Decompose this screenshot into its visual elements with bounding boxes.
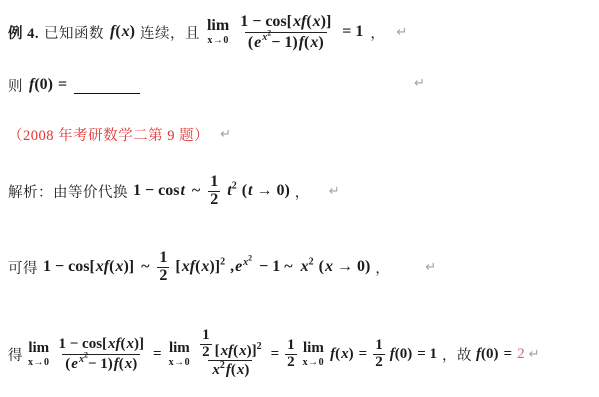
math-token: e xyxy=(234,258,242,275)
math-token: e xyxy=(70,356,78,372)
math-token: x xyxy=(312,13,321,30)
lim-subscript: x→0 xyxy=(207,36,229,46)
problem-statement: 例 4. 已知函数 f(x) 连续，且 lim x→0 1 − cos[xf(x… xyxy=(8,4,407,60)
paragraph-mark: ↵ xyxy=(529,347,540,362)
document-page: 例 4. 已知函数 f(x) 连续，且 lim x→0 1 − cos[xf(x… xyxy=(0,0,599,397)
math-run: − 1 ~ xyxy=(259,258,292,276)
paragraph-mark: ↵ xyxy=(396,25,407,40)
equals-sign: = xyxy=(153,346,162,363)
math-run-f0: f(0) xyxy=(28,76,53,94)
equals-sign: = xyxy=(359,346,368,363)
half-fraction: 1 2 xyxy=(208,174,220,209)
math-token: (0) xyxy=(34,76,53,93)
math-token: )] xyxy=(247,343,257,359)
limit: lim x→0 xyxy=(207,18,229,46)
paragraph-mark: ↵ xyxy=(414,76,425,91)
equivalence-line: 可得 1 − cos[xf(x)] ~ 1 2 [xf(x)]2 ,ex2 − … xyxy=(8,236,436,298)
numerator: 1 xyxy=(285,338,297,354)
comma: ， xyxy=(370,22,385,43)
equals-sign: = xyxy=(58,76,67,94)
cn-text: ，故 xyxy=(442,344,472,365)
math-run: 1 − cos[xf(x)] xyxy=(43,258,134,276)
denominator: 2 xyxy=(285,354,297,371)
math-token: x xyxy=(300,258,309,275)
math-token: ) xyxy=(244,362,249,378)
superscript: 2 xyxy=(309,257,314,268)
equals-one: = 1 xyxy=(417,346,437,363)
answer-line: 则 f(0) = ↵ xyxy=(8,70,140,100)
denominator: (ex2− 1)f(x) xyxy=(245,32,327,53)
limit: lim x→0 xyxy=(303,341,325,368)
math-token: 2 xyxy=(248,253,252,262)
math-run-f0: f(0) xyxy=(389,346,413,363)
cn-text: 则 xyxy=(8,75,23,96)
cn-text: 连续，且 xyxy=(140,22,200,43)
math-token: xf xyxy=(95,258,109,275)
superscript: 2 xyxy=(220,257,225,268)
numerator: 1 − cos[xf(x)] xyxy=(56,335,148,354)
denominator: 2 xyxy=(208,191,220,209)
math-token: x xyxy=(121,23,130,40)
lim-word: lim xyxy=(28,341,49,356)
source-text: （2008 年考研数学二第 9 题） xyxy=(8,124,209,145)
lim-subscript: x→0 xyxy=(303,358,325,368)
math-token: − 1) xyxy=(88,356,113,372)
numerator: 1 xyxy=(373,338,385,354)
math-run: t2 xyxy=(226,182,236,200)
half-fraction: 1 2 xyxy=(285,338,297,371)
answer-blank xyxy=(74,77,140,94)
superscript: 2 xyxy=(257,341,262,352)
cn-text: 得 xyxy=(8,344,23,365)
paragraph-mark: ↵ xyxy=(329,184,340,199)
lim-word: lim xyxy=(303,341,324,356)
numerator: 1 xyxy=(208,174,220,191)
math-run: ,ex2 xyxy=(230,258,252,276)
math-run: (x → 0) xyxy=(319,258,371,276)
answer-value: 2 xyxy=(517,346,525,363)
math-token: x xyxy=(124,356,133,372)
example-label: 例 4. xyxy=(8,22,39,43)
half-fraction: 1 2 xyxy=(373,338,385,371)
math-token: t xyxy=(179,182,184,199)
lim-word: lim xyxy=(207,18,229,34)
math-token: [ xyxy=(175,258,180,275)
math-token: → 0) xyxy=(333,258,370,275)
cn-text: 已知函数 xyxy=(44,22,104,43)
math-token: x xyxy=(340,346,349,362)
math-token: ) xyxy=(130,23,135,40)
equals-sign: = xyxy=(271,346,280,363)
math-token: ) xyxy=(132,356,137,372)
math-token: 1 − cos[ xyxy=(43,258,95,275)
tilde-sign: ~ xyxy=(192,182,200,200)
math-run-f0: f(0) xyxy=(475,346,499,363)
cn-text: 解析：由等价代换 xyxy=(8,181,128,202)
math-token: 1 − cos[ xyxy=(59,336,108,352)
math-token: (0) xyxy=(481,346,499,362)
limit: lim x→0 xyxy=(28,341,50,368)
math-token: x xyxy=(324,258,333,275)
paragraph-mark: ↵ xyxy=(425,260,436,275)
math-run: x2 xyxy=(300,258,314,276)
math-token: )] xyxy=(134,336,144,352)
superscript: x2 xyxy=(261,32,271,43)
comma: ， xyxy=(295,181,310,202)
denominator: 2 xyxy=(200,344,212,361)
math-run-fx: f(x) xyxy=(109,23,135,41)
fraction: 1 2 [xf(x)]2 x2f(x) xyxy=(196,328,265,380)
analysis-line: 解析：由等价代换 1 − cost ~ 1 2 t2 (t → 0) ， ↵ xyxy=(8,162,340,220)
math-token: x xyxy=(211,362,220,378)
math-token: )] xyxy=(123,258,134,275)
denominator: x2f(x) xyxy=(208,360,252,380)
cn-text: 可得 xyxy=(8,257,38,278)
math-run-fx: f(x) xyxy=(329,346,354,363)
half-fraction: 1 2 xyxy=(200,328,212,361)
limit: lim x→0 xyxy=(169,341,191,368)
math-run: [xf(x)]2 xyxy=(215,343,262,360)
math-run: (t → 0) xyxy=(242,182,290,200)
numerator: 1 − cos[xf(x)] xyxy=(237,12,334,32)
superscript: 2 xyxy=(232,181,237,192)
math-token: ( xyxy=(306,13,311,30)
math-token: → 0) xyxy=(252,182,289,199)
math-token: x xyxy=(126,336,135,352)
math-run: [xf(x)]2 xyxy=(175,258,225,276)
half-fraction: 1 2 xyxy=(157,250,169,285)
equals-sign: = xyxy=(504,346,513,363)
lim-word: lim xyxy=(169,341,190,356)
math-token: − 1) xyxy=(271,34,297,51)
fraction: 1 − cos[xf(x)] (ex2− 1)f(x) xyxy=(237,12,334,53)
fraction: 1 − cos[xf(x)] (ex2− 1)f(x) xyxy=(56,335,148,374)
source-note: （2008 年考研数学二第 9 题） ↵ xyxy=(8,121,231,147)
numerator: 1 xyxy=(157,250,169,267)
math-token: x xyxy=(238,343,247,359)
superscript: x2 xyxy=(242,257,252,268)
numerator: 1 2 [xf(x)]2 xyxy=(196,328,265,361)
tilde-sign: ~ xyxy=(141,258,149,276)
comma: ， xyxy=(375,257,390,278)
denominator: 2 xyxy=(373,354,385,371)
math-token: (0) xyxy=(395,346,413,362)
equals-one: = 1 xyxy=(342,23,363,41)
math-token: ) xyxy=(349,346,354,362)
math-token: ( xyxy=(115,23,120,40)
denominator: (ex2− 1)f(x) xyxy=(62,354,140,374)
math-token: )] xyxy=(209,258,220,275)
lim-subscript: x→0 xyxy=(169,358,191,368)
math-token: ( xyxy=(121,336,126,352)
math-token: 1 − cos xyxy=(133,182,179,199)
math-token: 1 − cos[ xyxy=(240,13,292,30)
math-token: [ xyxy=(215,343,220,359)
math-token: )] xyxy=(321,13,332,30)
math-token: xf xyxy=(292,13,306,30)
math-token: x xyxy=(309,34,318,51)
lim-subscript: x→0 xyxy=(28,358,50,368)
numerator: 1 xyxy=(200,328,212,344)
paragraph-mark: ↵ xyxy=(220,127,231,142)
denominator: 2 xyxy=(157,267,169,285)
math-token: xf xyxy=(181,258,195,275)
superscript: x2 xyxy=(78,354,88,365)
math-token: ) xyxy=(318,34,323,51)
math-token: ( xyxy=(119,356,124,372)
math-token: xf xyxy=(220,343,234,359)
derivation-line: 得 lim x→0 1 − cos[xf(x)] (ex2− 1)f(x) = … xyxy=(8,314,540,394)
math-run: 1 − cost xyxy=(133,182,185,200)
math-token: xf xyxy=(107,336,121,352)
